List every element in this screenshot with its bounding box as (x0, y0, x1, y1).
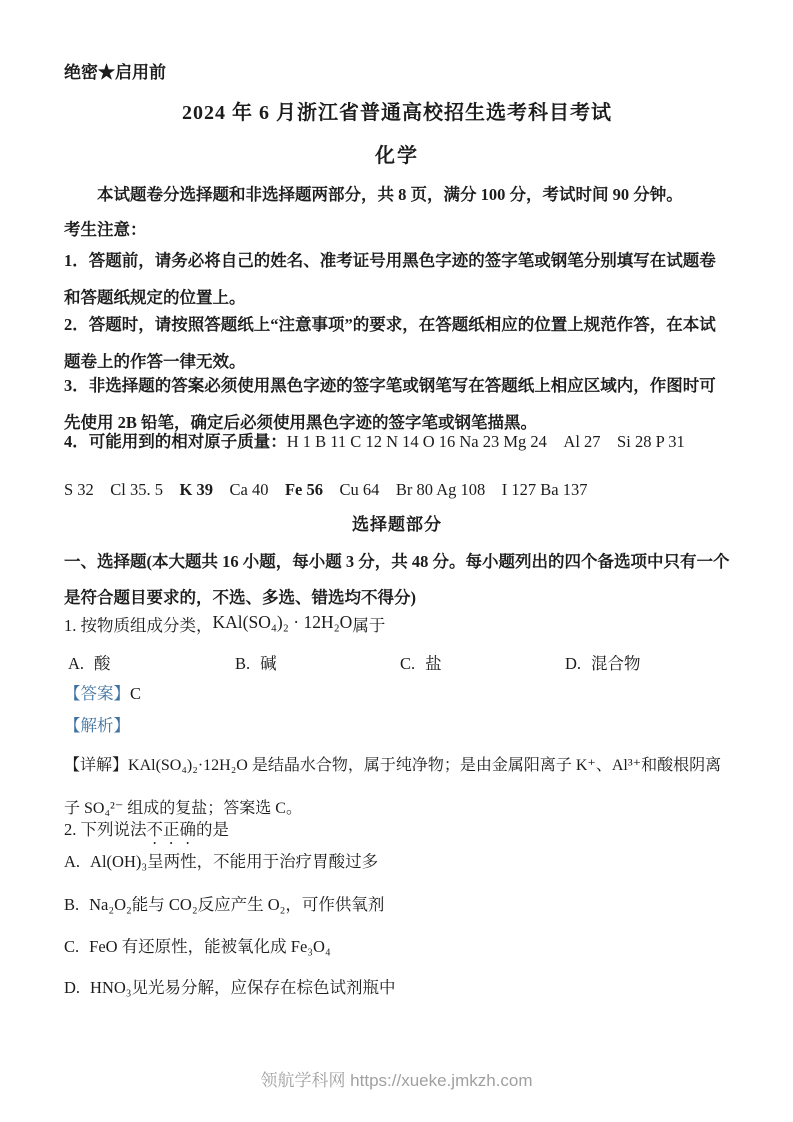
question-1-text-suffix: 属于 (352, 616, 385, 635)
atomic-mass-line-1: 4．可能用到的相对原子质量：H 1 B 11 C 12 N 14 O 16 Na… (64, 428, 730, 452)
exam-paper-page: 绝密★启用前 2024 年 6 月浙江省普通高校招生选考科目考试 化学 本试题卷… (0, 0, 793, 1122)
question-1-option-d: D.混合物 (565, 650, 734, 674)
answer-tag: 【答案】 (64, 684, 130, 703)
question-2-option-b: B.Na₂O₂能与 CO₂反应产生 O₂，可作供氧剂 (64, 891, 730, 915)
security-classification: 绝密★启用前 (64, 58, 730, 83)
option-b-text: 碱 (260, 654, 277, 673)
section-intro: 一、选择题(本大题共 16 小题，每小题 3 分，共 48 分。每小题列出的四个… (64, 544, 730, 616)
question-1-number: 1. (64, 616, 76, 635)
question-2-option-a: A.Al(OH)₃呈两性，不能用于治疗胃酸过多 (64, 848, 730, 872)
option-c-text: FeO 有还原性，能被氧化成 Fe₃O₄ (89, 937, 331, 956)
atomic-mass-values-1: H 1 B 11 C 12 N 14 O 16 Na 23 Mg 24 Al 2… (287, 432, 685, 451)
question-2-number: 2. (64, 820, 76, 839)
question-1-stem: 1. 按物质组成分类，KAl(SO₄)₂ · 12H₂O属于 (64, 612, 730, 636)
notice-item-1: 1．答题前，请务必将自己的姓名、准考证号用黑色字迹的签字笔或钢笔分别填写在试题卷… (64, 242, 730, 316)
question-2-option-c: C.FeO 有还原性，能被氧化成 Fe₃O₄ (64, 933, 730, 957)
question-1-option-c: C.盐 (400, 650, 565, 674)
option-a-text: 酸 (94, 654, 111, 673)
question-2-text: 下列说法 (81, 820, 147, 839)
answer-value: C (130, 684, 141, 703)
question-2-text-suffix: 的是 (196, 820, 229, 839)
option-b-text: Na₂O₂能与 CO₂反应产生 O₂，可作供氧剂 (89, 895, 384, 914)
watermark-footer: 领航学科网 https://xueke.jmkzh.com (0, 1066, 793, 1091)
option-a-text: Al(OH)₃呈两性，不能用于治疗胃酸过多 (90, 852, 378, 871)
question-1-options: A.酸 B.碱 C.盐 D.混合物 (68, 650, 734, 674)
option-b-label: B. (64, 895, 79, 914)
option-a-label: A. (68, 654, 84, 673)
option-c-label: C. (64, 937, 79, 956)
detail-tag: 【详解】 (64, 757, 128, 774)
option-c-text: 盐 (425, 654, 442, 673)
notice-heading: 考生注意： (64, 216, 730, 240)
question-1-formula: KAl(SO₄)₂ · 12H₂O (213, 612, 353, 632)
option-d-text: HNO₃见光易分解，应保存在棕色试剂瓶中 (90, 978, 396, 997)
question-1-option-a: A.酸 (68, 650, 235, 674)
atomic-mass-fe: Fe 56 (285, 480, 323, 499)
question-1-analysis: 【解析】 (64, 712, 730, 736)
atomic-mass-label: 4．可能用到的相对原子质量： (64, 432, 287, 451)
option-b-label: B. (235, 654, 250, 673)
atomic-mass-values-2c: Cu 64 Br 80 Ag 108 I 127 Ba 137 (323, 480, 587, 499)
atomic-mass-k: K 39 (180, 480, 213, 499)
atomic-mass-values-2a: S 32 Cl 35. 5 (64, 480, 180, 499)
subject-title: 化学 (64, 139, 730, 168)
option-d-label: D. (64, 978, 80, 997)
option-a-label: A. (64, 852, 80, 871)
section-heading: 选择题部分 (64, 510, 730, 535)
option-c-label: C. (400, 654, 415, 673)
option-d-text: 混合物 (591, 654, 641, 673)
question-1-text: 按物质组成分类， (81, 616, 213, 635)
atomic-mass-values-2b: Ca 40 (213, 480, 285, 499)
exam-title: 2024 年 6 月浙江省普通高校招生选考科目考试 (64, 96, 730, 125)
question-2-stem: 2. 下列说法不正确的是 (64, 816, 730, 848)
question-1-option-b: B.碱 (235, 650, 400, 674)
detail-text: KAl(SO₄)₂·12H₂O 是结晶水合物，属于纯净物；是由金属阳离子 K⁺、… (64, 757, 721, 817)
atomic-mass-line-2: S 32 Cl 35. 5 K 39 Ca 40 Fe 56 Cu 64 Br … (64, 476, 730, 500)
analysis-tag: 【解析】 (64, 716, 130, 735)
exam-info: 本试题卷分选择题和非选择题两部分，共 8 页，满分 100 分，考试时间 90 … (64, 181, 730, 205)
question-2-option-d: D.HNO₃见光易分解，应保存在棕色试剂瓶中 (64, 974, 730, 998)
question-2-emphasized: 不正确 (147, 820, 197, 839)
question-1-answer: 【答案】C (64, 680, 730, 704)
option-d-label: D. (565, 654, 581, 673)
